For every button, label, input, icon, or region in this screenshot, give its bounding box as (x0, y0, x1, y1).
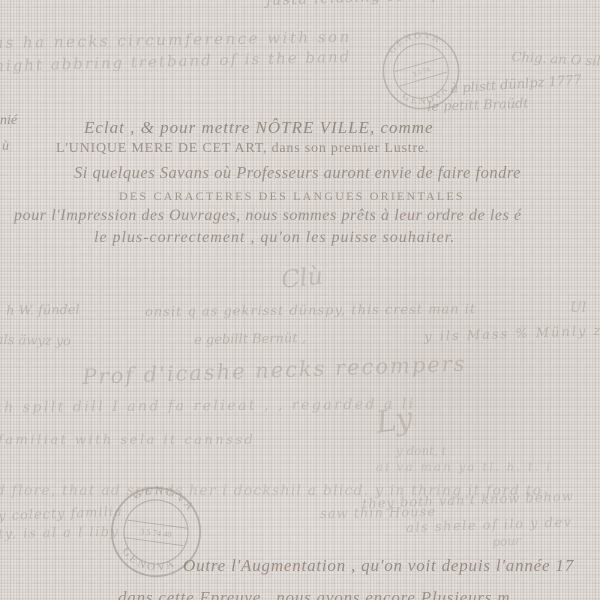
print-line-outre: Outre l'Augmentation , qu'on voit depuis… (183, 556, 574, 576)
print-line-savans: Si quelques Savans où Professeurs auront… (74, 163, 521, 183)
stamp-arc-top-text: GENOVA (384, 25, 445, 57)
handwriting-fragment: y ils Mass % Münly z (424, 324, 600, 345)
print-line-epreuve: dans cette Epreuve , nous avons encore P… (118, 588, 510, 600)
handwriting-fragment: als äwyz yo (0, 333, 71, 349)
linen-fabric-background: justa lelasing sada famtlast, it sparte … (0, 0, 600, 600)
handwriting-fragment: saw thin House (320, 505, 436, 522)
handwriting-flourish: Clù (280, 262, 324, 294)
handwriting-fragment: Ul (570, 300, 586, 316)
stamp-arc-bottom-text: GENOVA (399, 82, 454, 112)
handwriting-fragment: à plistt dünlpz 1777 (450, 73, 582, 97)
print-line-caracteres: DES CARACTERES DES LANGUES ORIENTALES (119, 189, 465, 204)
print-line-unique: L'UNIQUE MERE DE CET ART, dans son premi… (56, 141, 429, 157)
stamp-date-text: 3 5 74 40 (140, 526, 173, 539)
handwriting-fragment: night abbring tretband of is the band (0, 48, 351, 75)
handwriting-fragment: familiat with sela it cannssd (0, 433, 255, 448)
print-line-edge-fragment: ù (2, 139, 9, 155)
handwriting-fragment: pour (492, 534, 521, 549)
handwriting-fragment: ai va man ya tl. h. t. i (376, 460, 552, 474)
handwriting-fragment: justa lelasing sada famtlast, it sparte … (266, 0, 600, 9)
handwriting-fragment: h W. fündel (6, 303, 80, 319)
print-line-impression: pour l'Impression des Ouvrages, nous som… (14, 207, 522, 225)
handwriting-flourish: Ly (374, 401, 415, 441)
print-line-edge-fragment: nié (0, 113, 17, 129)
print-line-eclat: Eclat , & pour mettre NÔTRE VILLE, comme (84, 118, 434, 138)
handwriting-fragment: th spllt dill I and fa relieat , , regar… (0, 396, 416, 416)
handwriting-fragment: Prof d'icashe necks recompers (82, 352, 467, 389)
postmark-stamp-icon: GENOVA GENOVA 3 5 74 (373, 23, 468, 120)
handwriting-fragment: y colecty familia (0, 505, 123, 524)
handwriting-fragment: onsit q as gekrisst dünspy, this crest m… (145, 302, 476, 320)
handwriting-fragment: e gebillt Bernüt , (194, 331, 306, 348)
postmark-stamp-top: GENOVA GENOVA 3 5 74 (373, 23, 468, 120)
print-line-correctement: le plus-correctement , qu'on les puisse … (94, 229, 455, 247)
handwriting-fragment: Chig. an O sil (511, 50, 600, 70)
handwriting-fragment: y dont, t (396, 444, 447, 458)
stamp-date-text: 3 5 74 (412, 65, 432, 79)
handwriting-fragment: ty, is al a l liby (0, 525, 120, 542)
